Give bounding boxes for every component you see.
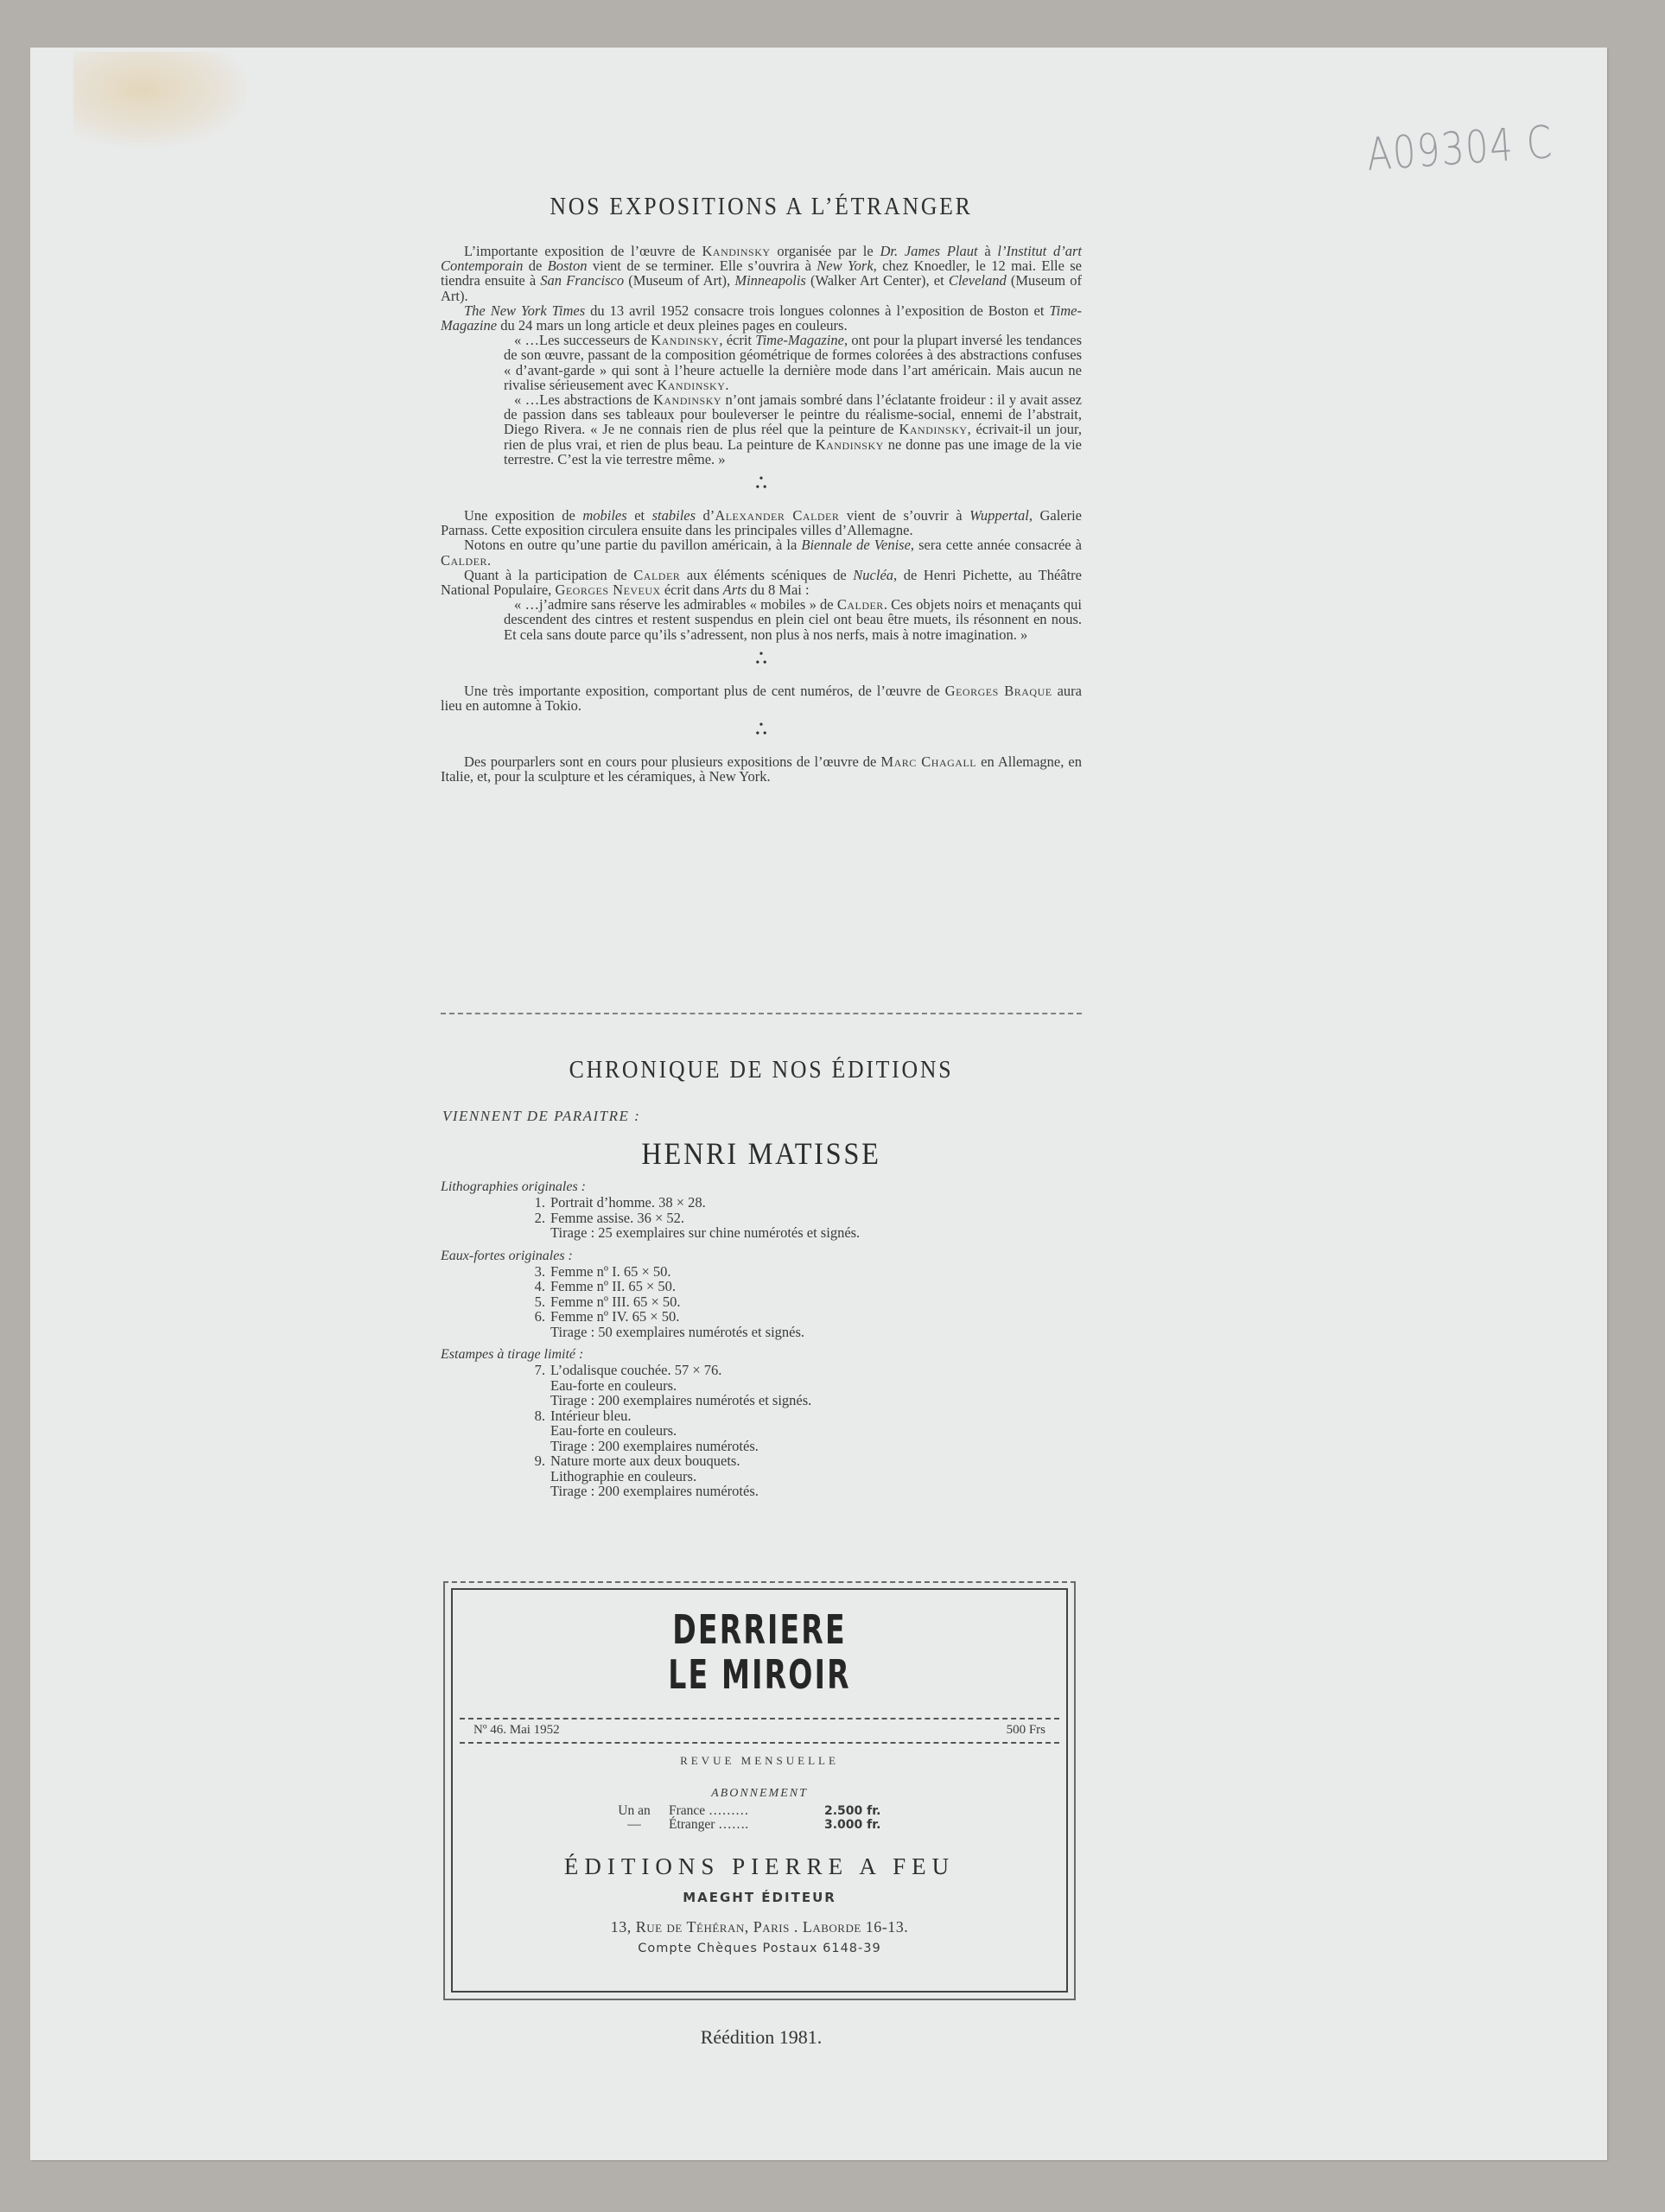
subscription-label: ABONNEMENT bbox=[453, 1787, 1066, 1801]
expositions-body: L’importante exposition de l’œuvre de Ka… bbox=[441, 244, 1082, 785]
subscription-table: Un anFrance ………2.500 fr.—Étranger …….3.0… bbox=[604, 1804, 885, 1832]
catalog-item-title: 6.Femme nº IV. 65 × 50. bbox=[521, 1309, 1082, 1325]
subscription-term: — bbox=[604, 1818, 664, 1832]
catalog-item-list: 3.Femme nº I. 65 × 50.4.Femme nº II. 65 … bbox=[521, 1264, 1082, 1340]
catalog-item-title: 5.Femme nº III. 65 × 50. bbox=[521, 1294, 1082, 1310]
catalog-item-number: 4. bbox=[521, 1279, 545, 1294]
subscription-row: —Étranger …….3.000 fr. bbox=[604, 1818, 885, 1832]
paragraph: Notons en outre qu’une partie du pavillo… bbox=[441, 537, 1082, 567]
catalog-item-title: 8.Intérieur bleu. bbox=[521, 1408, 1082, 1424]
issue-price: 500 Frs bbox=[1007, 1719, 1045, 1742]
quotation: « …Les successeurs de Kandinsky, écrit T… bbox=[504, 333, 1082, 392]
catalog-item-title: 2.Femme assise. 36 × 52. bbox=[521, 1211, 1082, 1226]
subscription-price: 2.500 fr. bbox=[820, 1804, 885, 1818]
catalog-category-label: Lithographies originales : bbox=[441, 1179, 1082, 1195]
catalog-item-number: 6. bbox=[521, 1309, 545, 1325]
masthead-box: DERRIERE LE MIROIR Nº 46. Mai 1952 500 F… bbox=[451, 1588, 1068, 1993]
catalog-item-title: 3.Femme nº I. 65 × 50. bbox=[521, 1264, 1082, 1280]
catalog-item: 6.Femme nº IV. 65 × 50.Tirage : 50 exemp… bbox=[521, 1309, 1082, 1339]
catalog-item-title: 4.Femme nº II. 65 × 50. bbox=[521, 1279, 1082, 1294]
dinkus-separator: •• • bbox=[441, 475, 1082, 496]
publisher-address: 13, Rue de Téhéran, Paris . Laborde 16-1… bbox=[453, 1918, 1066, 1936]
quotation: « …Les abstractions de Kandinsky n’ont j… bbox=[504, 392, 1082, 467]
catalog-item-detail: Tirage : 200 exemplaires numérotés. bbox=[521, 1439, 1082, 1454]
editions-subtitle: VIENNENT DE PARAITRE : bbox=[442, 1108, 640, 1125]
catalog-item: 8.Intérieur bleu.Eau-forte en couleurs.T… bbox=[521, 1408, 1082, 1454]
catalog-item-detail: Eau-forte en couleurs. bbox=[521, 1423, 1082, 1439]
catalog-item: 2.Femme assise. 36 × 52.Tirage : 25 exem… bbox=[521, 1211, 1082, 1241]
catalog-item-detail: Eau-forte en couleurs. bbox=[521, 1378, 1082, 1394]
catalog-item-number: 5. bbox=[521, 1294, 545, 1310]
paragraph: Quant à la participation de Calder aux é… bbox=[441, 568, 1082, 597]
catalog-item-number: 8. bbox=[521, 1408, 545, 1424]
catalog-item-detail: Tirage : 25 exemplaires sur chine numéro… bbox=[521, 1225, 1082, 1241]
quotation: « …j’admire sans réserve les admirables … bbox=[504, 597, 1082, 642]
catalog-item: 4.Femme nº II. 65 × 50. bbox=[521, 1279, 1082, 1294]
postal-account: Compte Chèques Postaux 6148-39 bbox=[453, 1942, 1066, 1955]
paragraph: The New York Times du 13 avril 1952 cons… bbox=[441, 303, 1082, 333]
catalog-item-number: 1. bbox=[521, 1195, 545, 1211]
paragraph: Une exposition de mobiles et stabiles d’… bbox=[441, 508, 1082, 537]
paragraph: Une très importante exposition, comporta… bbox=[441, 683, 1082, 713]
catalog-item-list: 1.Portrait d’homme. 38 × 28.2.Femme assi… bbox=[521, 1195, 1082, 1241]
editions-heading: CHRONIQUE DE NOS ÉDITIONS bbox=[467, 1057, 1057, 1084]
dinkus-separator: •• • bbox=[441, 651, 1082, 671]
expositions-heading: NOS EXPOSITIONS A L’ÉTRANGER bbox=[467, 194, 1057, 221]
catalog-item-detail: Tirage : 50 exemplaires numérotés et sig… bbox=[521, 1325, 1082, 1340]
masthead-title-line1: DERRIERE bbox=[538, 1607, 980, 1652]
catalog-item-number: 9. bbox=[521, 1453, 545, 1469]
catalog-item: 5.Femme nº III. 65 × 50. bbox=[521, 1294, 1082, 1310]
paper-stain bbox=[73, 52, 246, 147]
reedition-note: Réédition 1981. bbox=[441, 2026, 1082, 2049]
revue-frequency: REVUE MENSUELLE bbox=[453, 1754, 1066, 1768]
issue-bar: Nº 46. Mai 1952 500 Frs bbox=[460, 1718, 1059, 1744]
catalog-category-label: Estampes à tirage limité : bbox=[441, 1347, 1082, 1363]
catalog-item: 3.Femme nº I. 65 × 50. bbox=[521, 1264, 1082, 1280]
subscription-price: 3.000 fr. bbox=[820, 1818, 885, 1832]
dinkus-separator: •• • bbox=[441, 721, 1082, 742]
catalog-item-title: 7.L’odalisque couchée. 57 × 76. bbox=[521, 1363, 1082, 1378]
artist-name: HENRI MATISSE bbox=[473, 1135, 1050, 1172]
subscription-row: Un anFrance ………2.500 fr. bbox=[604, 1804, 885, 1818]
issue-number: Nº 46. Mai 1952 bbox=[473, 1719, 560, 1742]
publisher-name: ÉDITIONS PIERRE A FEU bbox=[453, 1853, 1066, 1880]
subscription-region: France ……… bbox=[664, 1804, 820, 1818]
paragraph: Des pourparlers sont en cours pour plusi… bbox=[441, 754, 1082, 784]
catalog-item-list: 7.L’odalisque couchée. 57 × 76.Eau-forte… bbox=[521, 1363, 1082, 1499]
paragraph: L’importante exposition de l’œuvre de Ka… bbox=[441, 244, 1082, 303]
catalog-item: 1.Portrait d’homme. 38 × 28. bbox=[521, 1195, 1082, 1211]
catalog-item: 9.Nature morte aux deux bouquets.Lithogr… bbox=[521, 1453, 1082, 1499]
subscription-term: Un an bbox=[604, 1804, 664, 1818]
catalog-item-number: 7. bbox=[521, 1363, 545, 1378]
editions-catalog: Lithographies originales :1.Portrait d’h… bbox=[441, 1179, 1082, 1499]
masthead-title: DERRIERE LE MIROIR bbox=[538, 1607, 980, 1697]
section-divider bbox=[441, 1013, 1082, 1014]
editor-name: MAEGHT ÉDITEUR bbox=[453, 1890, 1066, 1905]
catalog-item-number: 2. bbox=[521, 1211, 545, 1226]
catalog-item-detail: Lithographie en couleurs. bbox=[521, 1469, 1082, 1484]
catalog-category-label: Eaux-fortes originales : bbox=[441, 1249, 1082, 1264]
catalog-item-title: 1.Portrait d’homme. 38 × 28. bbox=[521, 1195, 1082, 1211]
masthead-title-line2: LE MIROIR bbox=[538, 1652, 980, 1697]
catalog-item-number: 3. bbox=[521, 1264, 545, 1280]
catalog-item-title: 9.Nature morte aux deux bouquets. bbox=[521, 1453, 1082, 1469]
catalog-item-detail: Tirage : 200 exemplaires numérotés. bbox=[521, 1484, 1082, 1499]
catalog-item-detail: Tirage : 200 exemplaires numérotés et si… bbox=[521, 1393, 1082, 1408]
catalog-item: 7.L’odalisque couchée. 57 × 76.Eau-forte… bbox=[521, 1363, 1082, 1408]
subscription-region: Étranger ……. bbox=[664, 1818, 820, 1832]
